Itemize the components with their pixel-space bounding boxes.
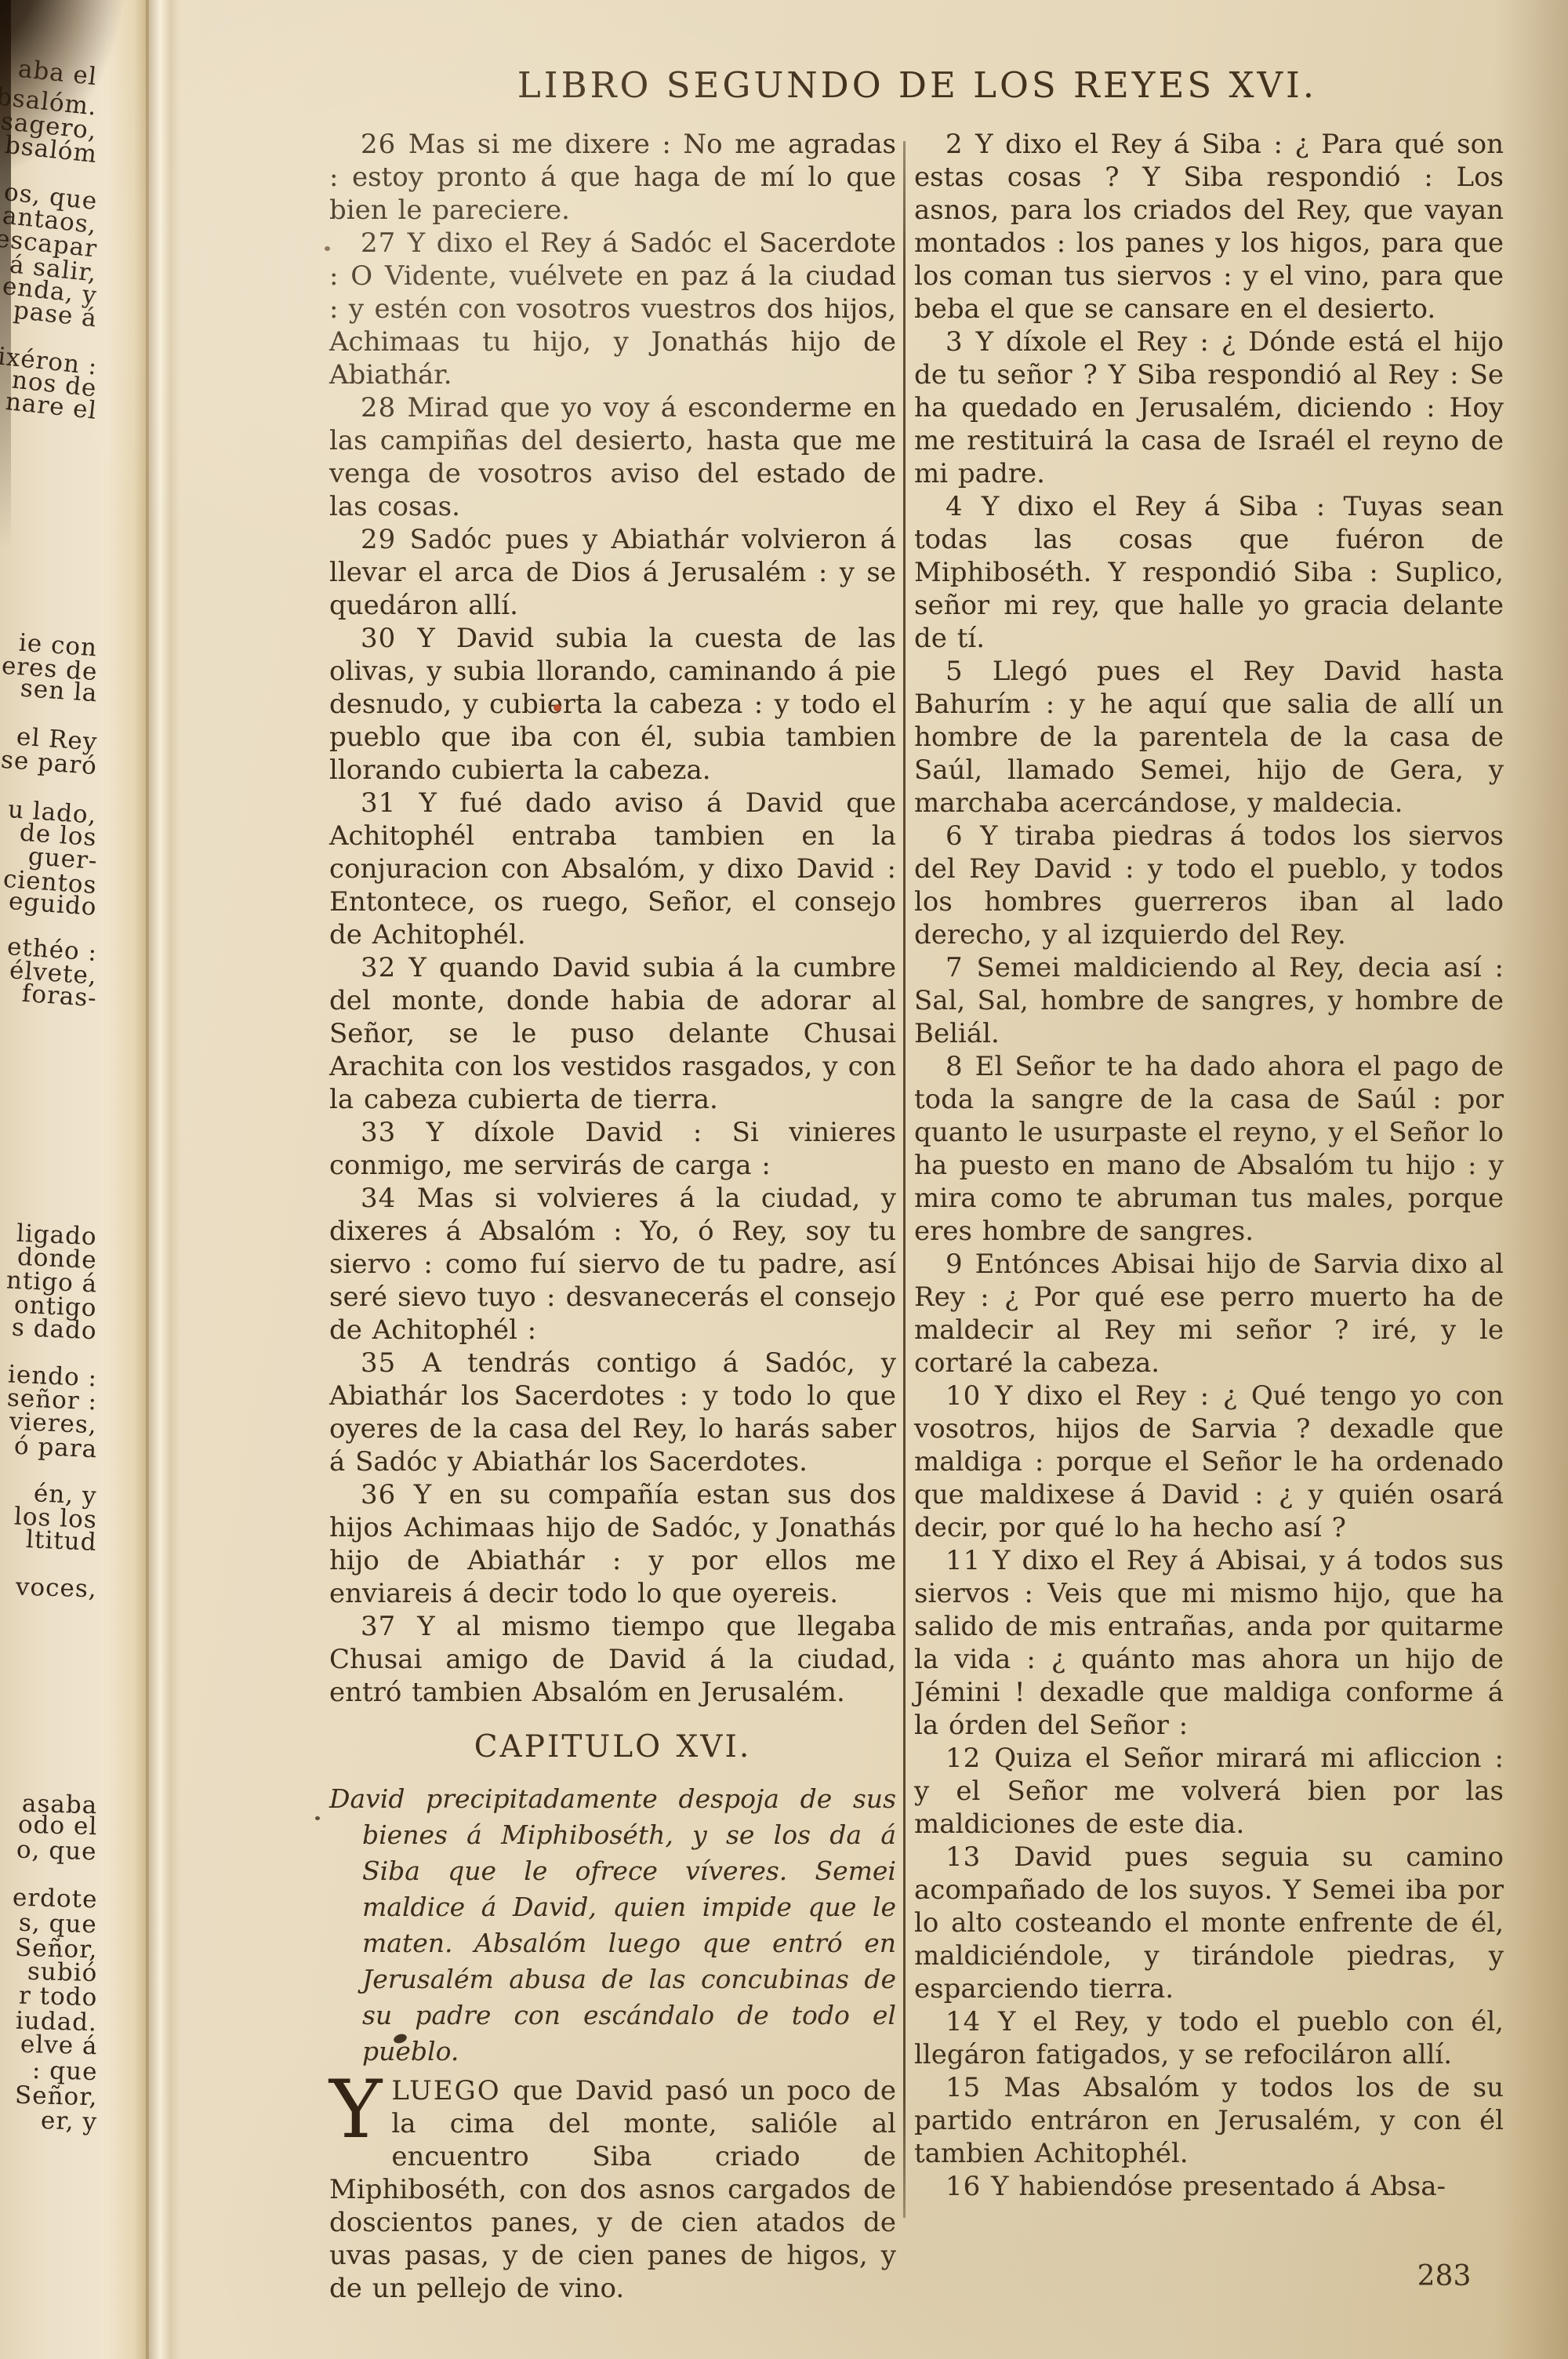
verse-number: 27	[361, 227, 396, 259]
verse-list-right: 2 Y dixo el Rey á Siba : ¿ Para qué son …	[914, 128, 1504, 2203]
verse-number: 35	[361, 1347, 396, 1379]
verse-number: 36	[361, 1479, 396, 1510]
red-paper-speck	[554, 704, 561, 711]
verse-31: 31 Y fué dado aviso á David que Achitoph…	[329, 787, 896, 951]
gutter-crease	[146, 0, 180, 2359]
verse-number: 8	[946, 1051, 964, 1082]
verse-12: 12 Quiza el Señor mirará mi afliccion : …	[914, 1742, 1504, 1841]
verse-number: 34	[361, 1183, 396, 1214]
verse-number: 30	[361, 623, 396, 654]
verse-number: 4	[946, 491, 964, 522]
first-verse-lead: LUEGO	[391, 2075, 500, 2106]
margin-fragment: voces,	[16, 1573, 98, 1604]
verse-10: 10 Y dixo el Rey : ¿ Qué tengo yo con vo…	[914, 1379, 1504, 1544]
verse-number: 31	[361, 787, 396, 819]
margin-fragment: ltitud	[26, 1525, 98, 1557]
margin-fragment: eguido	[8, 887, 98, 921]
verse-14: 14 Y el Rey, y todo el pueblo con él, ll…	[914, 2005, 1504, 2071]
margin-fragment: o, que	[16, 1836, 97, 1866]
text-column-right: 2 Y dixo el Rey á Siba : ¿ Para qué son …	[914, 128, 1504, 2203]
verse-number: 12	[946, 1743, 981, 1774]
verse-number: 32	[361, 952, 396, 983]
verse-37: 37 Y al mismo tiempo que llegaba Chusai …	[329, 1610, 896, 1709]
margin-fragment: ó para	[13, 1432, 98, 1464]
verse-32: 32 Y quando David subia á la cumbre del …	[329, 951, 896, 1116]
verse-8: 8 El Señor te ha dado ahora el pago de t…	[914, 1050, 1504, 1248]
verse-number: 13	[946, 1841, 981, 1873]
verse-number: 10	[946, 1380, 981, 1412]
verse-11: 11 Y dixo el Rey á Abisai, y á todos sus…	[914, 1544, 1504, 1742]
verse-5: 5 Llegó pues el Rey David hasta Bahurím …	[914, 655, 1504, 820]
verse-28: 28 Mirad que yo voy á esconderme en las …	[329, 391, 896, 523]
verse-33: 33 Y díxole David : Si vinieres conmigo,…	[329, 1116, 896, 1182]
verse-29: 29 Sadóc pues y Abiathár volvieron á lle…	[329, 523, 896, 622]
verse-number: 5	[946, 656, 964, 687]
verse-number: 33	[361, 1117, 396, 1148]
verse-4: 4 Y dixo el Rey á Siba : Tuyas sean toda…	[914, 490, 1504, 655]
chapter-heading: CAPITULO XVI.	[329, 1731, 896, 1764]
verse-15: 15 Mas Absalóm y todos los de su partido…	[914, 2071, 1504, 2170]
verse-7: 7 Semei maldiciendo al Rey, decia así : …	[914, 951, 1504, 1050]
verse-number: 26	[361, 129, 396, 160]
verse-36: 36 Y en su compañía estan sus dos hijos …	[329, 1478, 896, 1610]
left-edge-shadow	[0, 0, 11, 549]
verse-list-left: 26 Mas si me dixere : No me agradas : es…	[329, 128, 896, 1709]
verse-number: 3	[946, 326, 964, 358]
chapter-summary: David precipitadamente despoja de sus bi…	[329, 1781, 896, 2070]
verse-number: 2	[946, 129, 964, 160]
page-number: 283	[1381, 2260, 1507, 2292]
margin-fragment: elve á	[20, 2030, 97, 2061]
verse-number: 9	[946, 1249, 964, 1280]
verse-2: 2 Y dixo el Rey á Siba : ¿ Para qué son …	[914, 128, 1504, 325]
page-edge-shading	[1494, 0, 1568, 2359]
verse-3: 3 Y díxole el Rey : ¿ Dónde está el hijo…	[914, 325, 1504, 490]
verse-number: 15	[946, 2072, 981, 2103]
verse-number: 37	[361, 1611, 396, 1642]
verse-30: 30 Y David subia la cuesta de las olivas…	[329, 622, 896, 787]
margin-fragment: er, y	[41, 2106, 98, 2136]
verse-number: 11	[946, 1545, 981, 1576]
verse-1: Y LUEGO que David pasó un poco de la cim…	[329, 2074, 896, 2305]
text-column-left: 26 Mas si me dixere : No me agradas : es…	[329, 128, 896, 2305]
verse-number: 28	[361, 392, 396, 423]
verse-34: 34 Mas si volvieres á la ciudad, y dixer…	[329, 1182, 896, 1347]
paper-speck	[315, 1816, 320, 1820]
verse-13: 13 David pues seguia su camino acompañad…	[914, 1841, 1504, 2005]
margin-fragment: s dado	[12, 1314, 98, 1346]
verse-26: 26 Mas si me dixere : No me agradas : es…	[329, 128, 896, 227]
verse-number: 29	[361, 524, 396, 555]
verse-number: 7	[946, 952, 964, 983]
margin-fragment: foras-	[21, 980, 98, 1013]
drop-cap: Y	[329, 2074, 391, 2142]
first-verse-text: que David pasó un poco de la cima del mo…	[329, 2075, 896, 2304]
verse-number: 6	[946, 820, 964, 852]
verse-number: 14	[946, 2006, 981, 2037]
verse-27: 27 Y dixo el Rey á Sadóc el Sacerdote : …	[329, 227, 896, 391]
column-divider	[903, 141, 906, 2218]
margin-fragment: se paró	[0, 746, 98, 780]
paper-speck	[325, 246, 330, 251]
verse-35: 35 A tendrás contigo á Sadóc, y Abiathár…	[329, 1347, 896, 1478]
verse-6: 6 Y tiraba piedras á todos los siervos d…	[914, 820, 1504, 951]
page-scan: aba elbsalóm.sagero,bsalómos, queantaos,…	[0, 0, 1568, 2359]
verse-16: 16 Y habiendóse presentado á Absa-	[914, 2170, 1504, 2203]
previous-page-edge: aba elbsalóm.sagero,bsalómos, queantaos,…	[0, 0, 149, 2359]
margin-fragment: sen la	[19, 674, 98, 708]
running-header: LIBRO SEGUNDO DE LOS REYES XVI.	[329, 64, 1505, 106]
verse-number: 16	[946, 2171, 981, 2202]
verse-9: 9 Entónces Abisai hijo de Sarvia dixo al…	[914, 1248, 1504, 1379]
